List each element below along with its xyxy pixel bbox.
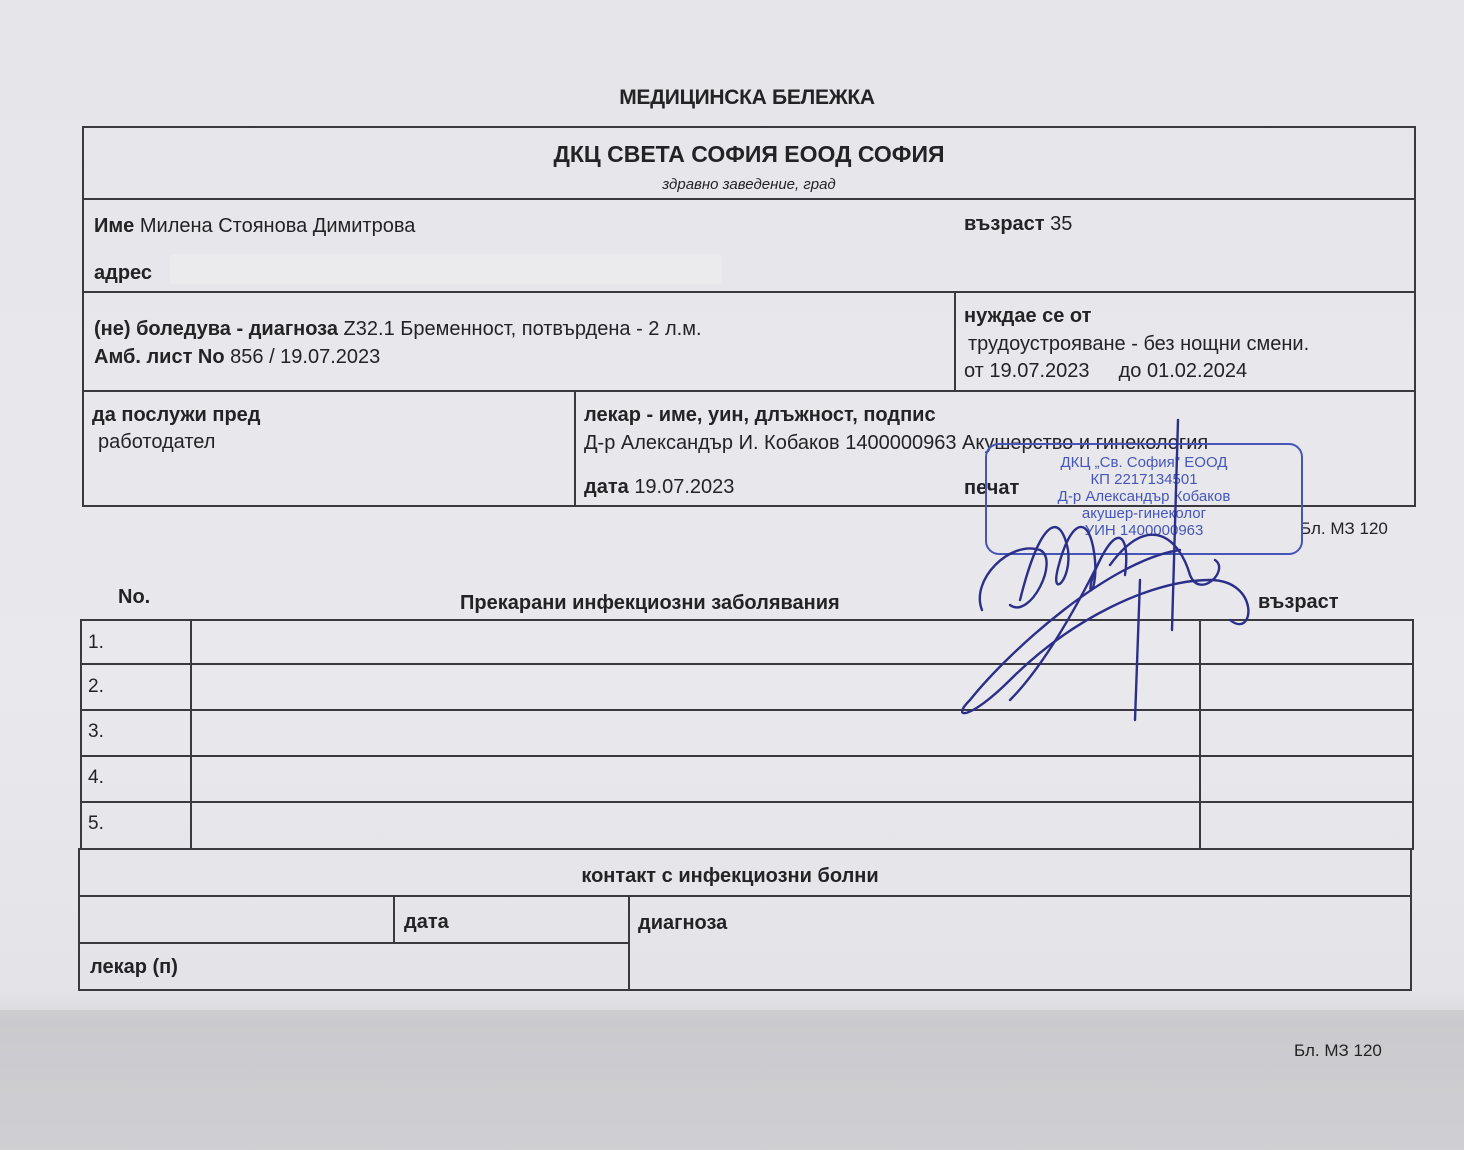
divider bbox=[954, 292, 956, 390]
amb-sheet-label: Амб. лист No bbox=[94, 346, 225, 368]
period-from-value: 19.07.2023 bbox=[989, 360, 1089, 382]
divider bbox=[393, 896, 395, 942]
divider bbox=[82, 801, 1412, 803]
paper-fold-shadow bbox=[0, 1010, 1464, 1150]
period-to-value: 01.02.2024 bbox=[1147, 360, 1247, 382]
contact-diagnosis-label: диагноза bbox=[638, 912, 727, 935]
handwritten-signature bbox=[950, 400, 1270, 730]
table-row-number: 1. bbox=[88, 632, 104, 654]
col-header-age: възраст bbox=[1258, 591, 1339, 614]
diagnosis-label: (не) боледува - диагноза bbox=[94, 318, 338, 340]
col-header-diseases: Прекарани инфекциозни заболявания bbox=[460, 592, 840, 615]
table-row-number: 4. bbox=[88, 767, 104, 789]
divider bbox=[80, 895, 1410, 897]
divider bbox=[190, 621, 192, 848]
divider bbox=[84, 291, 1414, 293]
contact-header: контакт с инфекциозни болни bbox=[80, 865, 1380, 888]
table-row-number: 5. bbox=[88, 813, 104, 835]
form-code-upper: Бл. МЗ 120 bbox=[1300, 519, 1388, 539]
divider bbox=[574, 391, 576, 505]
institution-name: ДКЦ СВЕТА СОФИЯ ЕООД СОФИЯ bbox=[84, 141, 1414, 168]
form-code-lower: Бл. МЗ 120 bbox=[1294, 1041, 1382, 1061]
diagnosis-field: (не) боледува - диагноза Z32.1 Бременнос… bbox=[94, 318, 702, 341]
needs-value: трудоустрояване - без нощни смени. bbox=[968, 333, 1309, 356]
patient-age-value: 35 bbox=[1050, 213, 1072, 235]
divider bbox=[80, 942, 628, 944]
diagnosis-value: Z32.1 Бременност, потвърдена - 2 л.м. bbox=[344, 318, 702, 340]
patient-age-field: възраст 35 bbox=[964, 213, 1072, 236]
institution-caption: здравно заведение, град bbox=[84, 176, 1414, 193]
amb-sheet-value: 856 / 19.07.2023 bbox=[230, 346, 380, 368]
issue-date-value: 19.07.2023 bbox=[634, 476, 734, 498]
issue-date-field: дата 19.07.2023 bbox=[584, 476, 734, 499]
document-title: МЕДИЦИНСКА БЕЛЕЖКА bbox=[0, 86, 1464, 110]
patient-age-label: възраст bbox=[964, 213, 1045, 235]
patient-name-value: Милена Стоянова Димитрова bbox=[140, 215, 416, 237]
contact-doctor-label: лекар (п) bbox=[90, 956, 178, 979]
serve-before-label: да послужи пред bbox=[92, 404, 261, 427]
needs-period: от 19.07.2023 до 01.02.2024 bbox=[964, 360, 1247, 383]
divider bbox=[84, 198, 1414, 200]
table-row-number: 3. bbox=[88, 721, 104, 743]
serve-before-value: работодател bbox=[98, 431, 215, 454]
redacted-address bbox=[170, 254, 722, 284]
address-label: адрес bbox=[94, 262, 152, 285]
table-row-number: 2. bbox=[88, 676, 104, 698]
period-to-label: до bbox=[1119, 360, 1142, 382]
col-header-no: No. bbox=[118, 586, 150, 609]
divider bbox=[628, 896, 630, 989]
patient-name-label: Име bbox=[94, 215, 134, 237]
divider bbox=[82, 755, 1412, 757]
needs-label: нуждае се от bbox=[964, 305, 1091, 328]
divider bbox=[84, 390, 1414, 392]
doctor-label: лекар - име, уин, длъжност, подпис bbox=[584, 404, 936, 427]
contact-date-label: дата bbox=[404, 911, 449, 934]
patient-name-field: Име Милена Стоянова Димитрова bbox=[94, 215, 415, 238]
period-from-label: от bbox=[964, 360, 984, 382]
issue-date-label: дата bbox=[584, 476, 629, 498]
amb-sheet-field: Амб. лист No 856 / 19.07.2023 bbox=[94, 346, 380, 369]
